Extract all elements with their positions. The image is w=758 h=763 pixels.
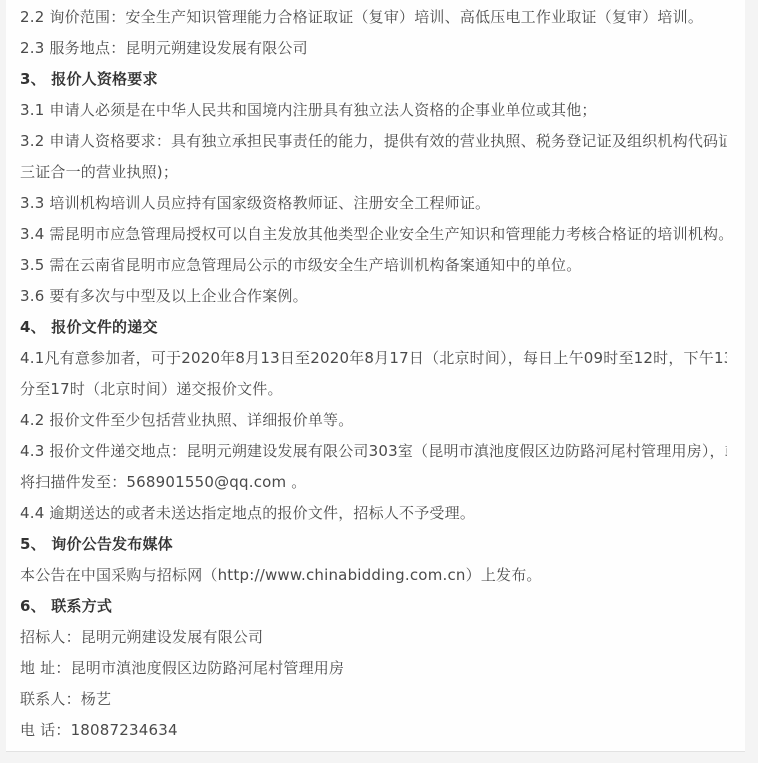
doc-line: 4.4 逾期送达的或者未送达指定地点的报价文件，招标人不予受理。 xyxy=(20,498,727,529)
doc-line: 2.2 询价范围：安全生产知识管理能力合格证取证（复审）培训、高低压电工作业取证… xyxy=(20,2,727,33)
doc-line: 将扫描件发至：568901550@qq.com 。 xyxy=(20,467,727,498)
doc-line: 联系人：杨艺 xyxy=(20,684,727,715)
section-heading: 5、 询价公告发布媒体 xyxy=(20,529,727,560)
doc-line: 4.1凡有意参加者，可于2020年8月13日至2020年8月17日（北京时间），… xyxy=(20,343,727,374)
doc-line: 4.3 报价文件递交地点：昆明元朔建设发展有限公司303室（昆明市滇池度假区边防… xyxy=(20,436,727,467)
doc-line: 3.4 需昆明市应急管理局授权可以自主发放其他类型企业安全生产知识和管理能力考核… xyxy=(20,219,727,250)
doc-line: 4.2 报价文件至少包括营业执照、详细报价单等。 xyxy=(20,405,727,436)
doc-line: 3.1 申请人必须是在中华人民共和国境内注册具有独立法人资格的企事业单位或其他； xyxy=(20,95,727,126)
doc-line: 3.2 申请人资格要求：具有独立承担民事责任的能力，提供有效的营业执照、税务登记… xyxy=(20,126,727,157)
section-heading: 4、 报价文件的递交 xyxy=(20,312,727,343)
doc-line: 3.5 需在云南省昆明市应急管理局公示的市级安全生产培训机构备案通知中的单位。 xyxy=(20,250,727,281)
doc-line: 地 址：昆明市滇池度假区边防路河尾村管理用房 xyxy=(20,653,727,684)
announcement-page: 2.2 询价范围：安全生产知识管理能力合格证取证（复审）培训、高低压电工作业取证… xyxy=(0,0,758,763)
doc-line: 招标人：昆明元朔建设发展有限公司 xyxy=(20,622,727,653)
section-heading: 3、 报价人资格要求 xyxy=(20,64,727,95)
doc-line: 分至17时（北京时间）递交报价文件。 xyxy=(20,374,727,405)
doc-line: 本公告在中国采购与招标网（http://www.chinabidding.com… xyxy=(20,560,727,591)
doc-line: 三证合一的营业执照)； xyxy=(20,157,727,188)
doc-line: 3.3 培训机构培训人员应持有国家级资格教师证、注册安全工程师证。 xyxy=(20,188,727,219)
doc-line: 3.6 要有多次与中型及以上企业合作案例。 xyxy=(20,281,727,312)
announcement-document: 2.2 询价范围：安全生产知识管理能力合格证取证（复审）培训、高低压电工作业取证… xyxy=(6,0,745,752)
doc-line: 电 话：18087234634 xyxy=(20,715,727,746)
doc-line: 2.3 服务地点：昆明元朔建设发展有限公司 xyxy=(20,33,727,64)
section-heading: 6、 联系方式 xyxy=(20,591,727,622)
